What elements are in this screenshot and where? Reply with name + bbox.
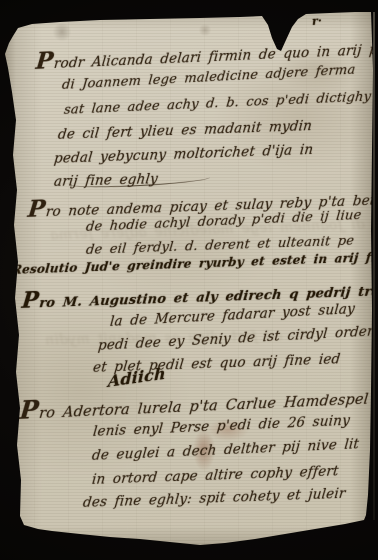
ink-mark: r· xyxy=(312,14,323,28)
paper-sheet: di Joannem lege maledicine adjere ferma … xyxy=(0,0,378,560)
manuscript-line: sat lane adee achy d. b. cos p'edi dicti… xyxy=(63,90,372,118)
manuscript-line: de euglei a dech delther pij nive lit xyxy=(91,436,360,464)
manuscript-line: pedal yebycuny moltorichet d'ija in xyxy=(53,142,314,167)
manuscript-line: de cil fert ylieu es madanit mydin xyxy=(57,118,313,143)
manuscript-line: des fine eghly: spit cohety et juleir xyxy=(82,486,346,511)
underlying-page-edge xyxy=(373,12,375,520)
photographed-manuscript: di Joannem lege maledicine adjere ferma … xyxy=(0,0,378,560)
manuscript-line: in ortord cape altire cophy effert xyxy=(91,463,339,488)
